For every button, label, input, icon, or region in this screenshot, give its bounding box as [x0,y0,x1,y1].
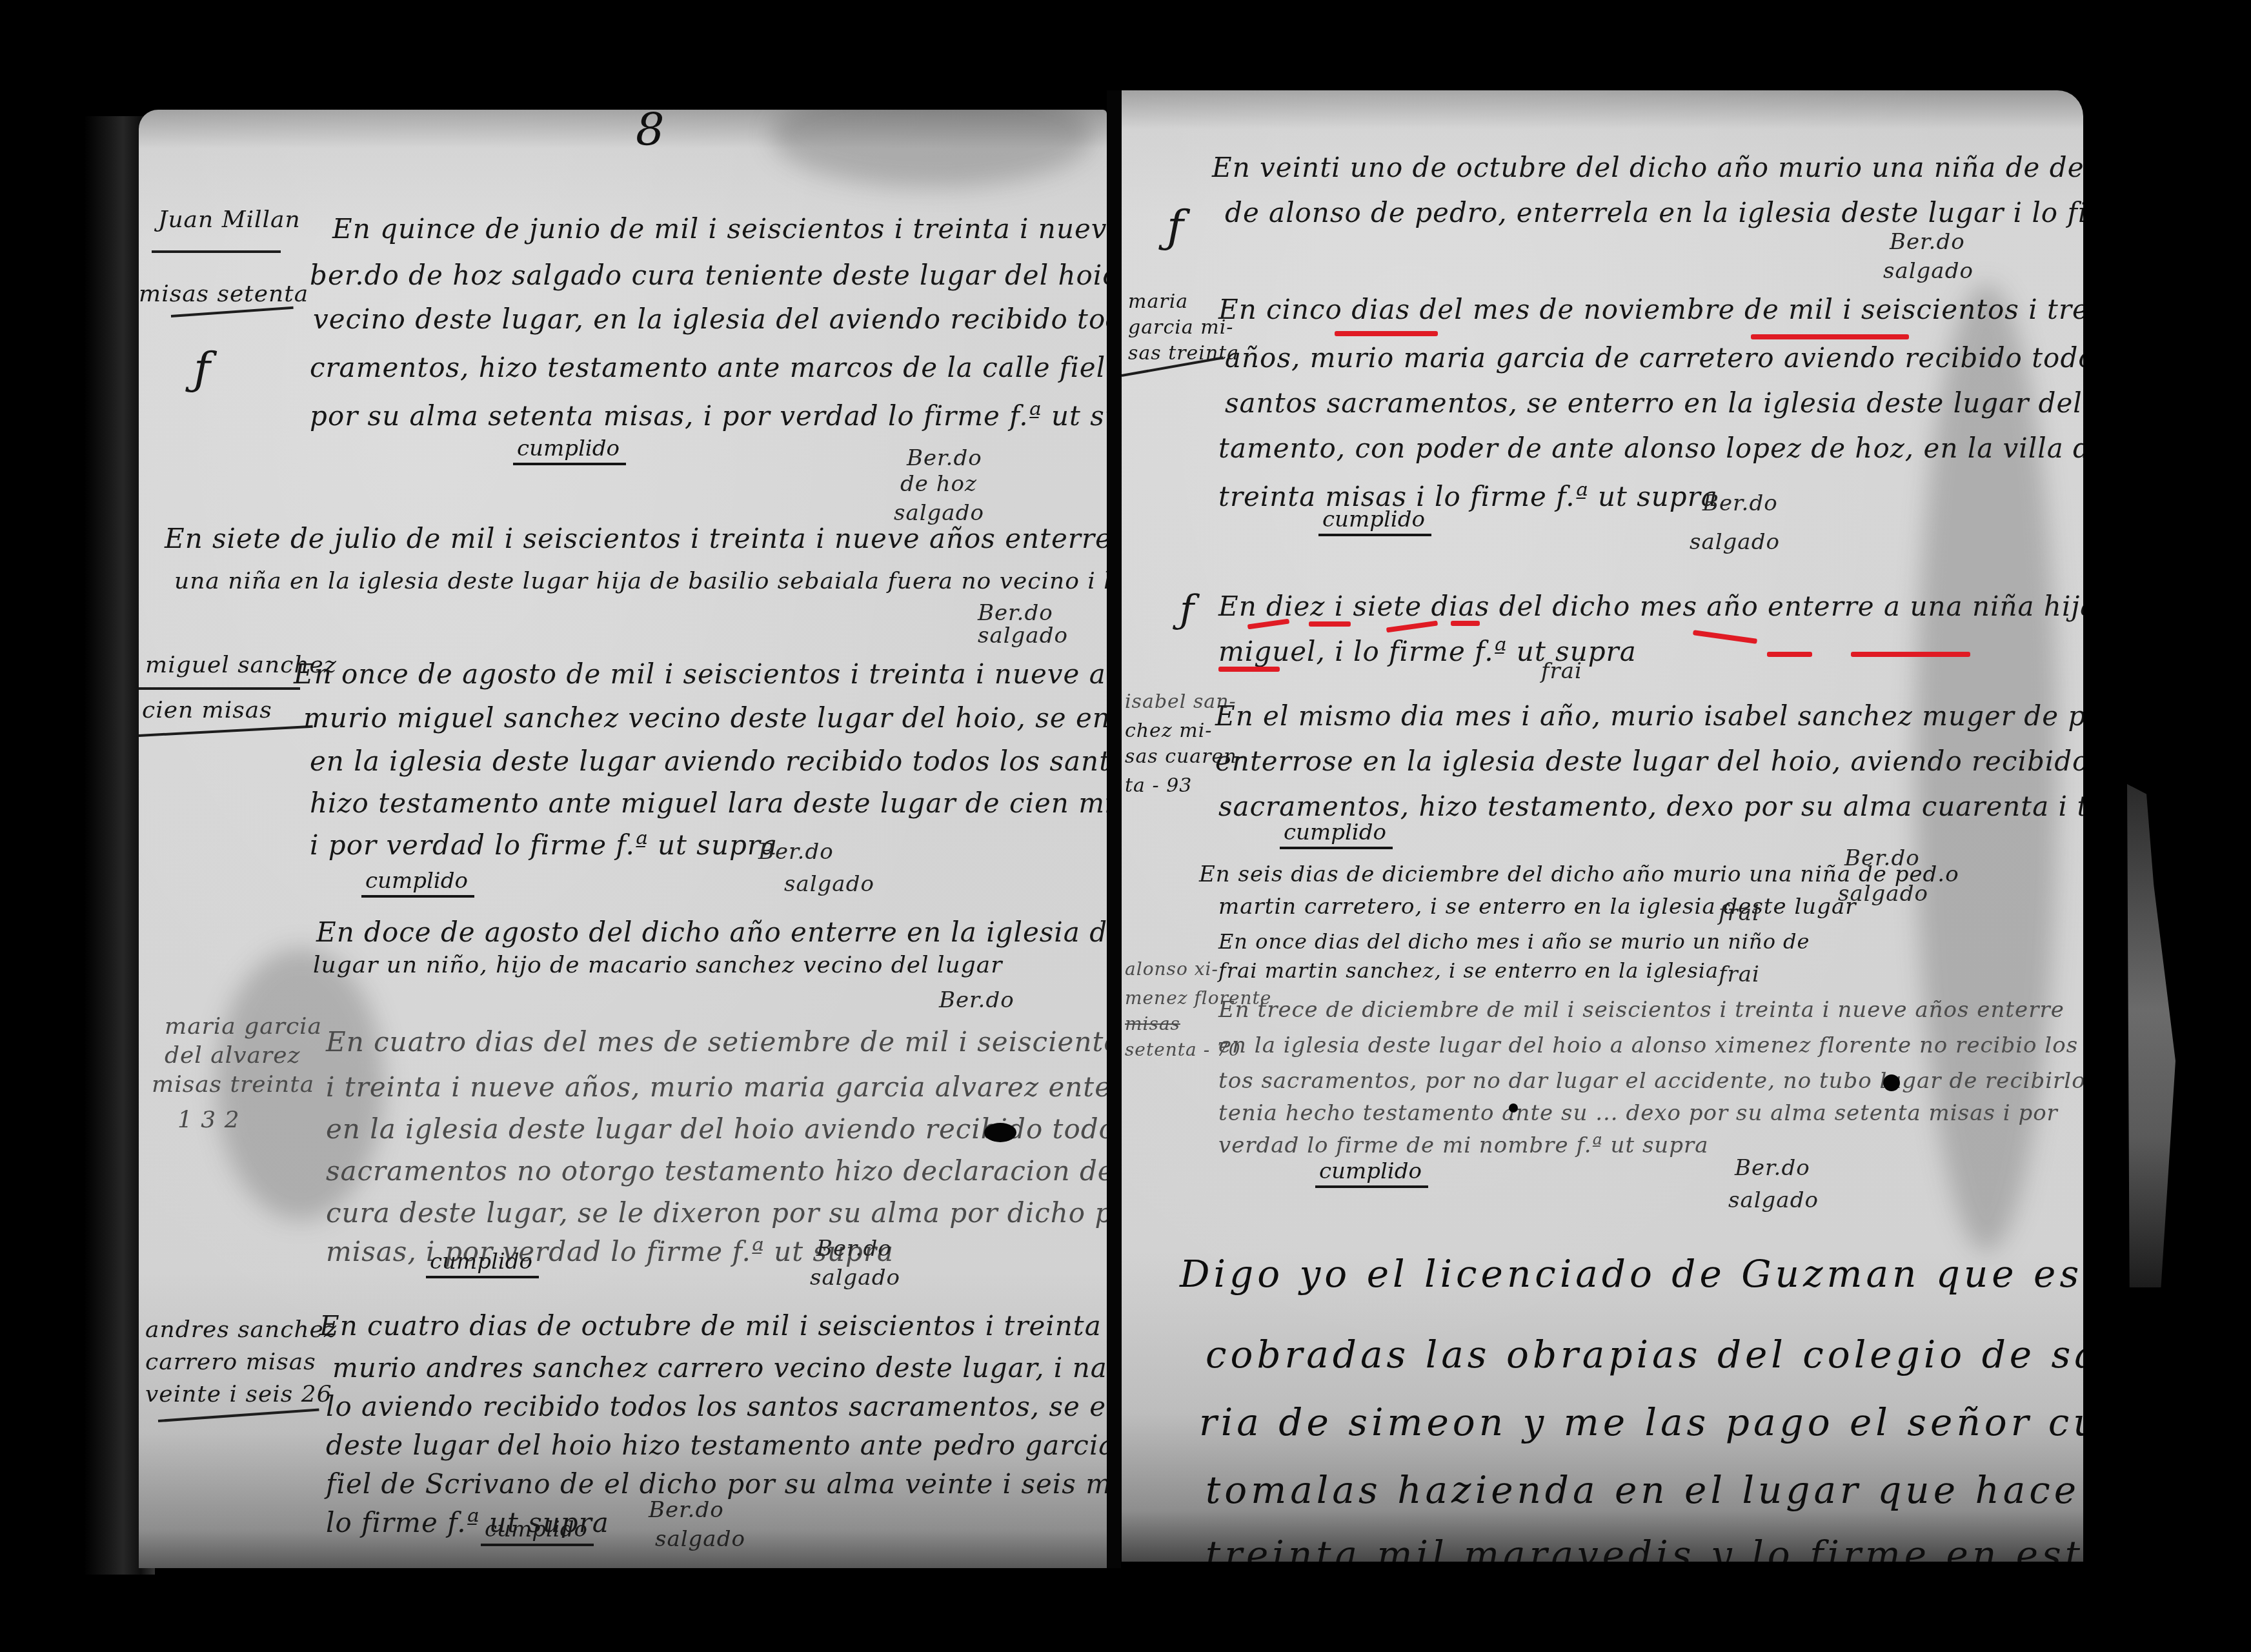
margin-rule [158,1409,319,1422]
entry-line: en la iglesia deste lugar aviendo recibi… [310,745,1107,777]
entry-line: cramentos, hizo testamento ante marcos d… [310,352,1107,383]
cumplido-mark: cumplido [1280,820,1393,849]
entry-cross-mark: ƒ [1180,587,1195,632]
closing-note-line: cobradas las obrapias del colegio de san… [1206,1333,2083,1376]
signature-line: frai [1719,900,1760,926]
signature-line: salgado [894,500,984,526]
cumplido-mark: cumplido [481,1516,594,1546]
entry-line: fiel de Scrivano de el dicho por su alma… [326,1468,1107,1500]
entry-line: sacramentos, hizo testamento, dexo por s… [1218,791,2083,822]
red-underline [1386,620,1438,632]
margin-note: maria garcia [165,1013,322,1040]
signature-line: Ber.do [1702,490,1778,516]
entry-line: En siete de julio de mil i seiscientos i… [165,523,1107,554]
entry-line: de alonso de pedro, enterrela en la igle… [1225,197,2083,228]
signature-line: Ber.do [978,600,1053,626]
entry-line: murio miguel sanchez vecino deste lugar … [303,702,1107,734]
entry-line: hizo testamento ante miguel lara deste l… [310,787,1107,819]
entry-line: En el mismo dia mes i año, murio isabel … [1215,700,2083,732]
edge-stain [771,110,1094,187]
ink-blot [1883,1074,1900,1091]
signature-line: Ber.do [1890,229,1965,255]
signature-line: salgado [1883,258,1973,284]
cumplido-mark: cumplido [513,436,626,465]
entry-line: En quince de junio de mil i seiscientos … [332,213,1107,245]
entry-line: santos sacramentos, se enterro en la igl… [1225,387,2083,419]
entry-line: frai martin sanchez, i se enterro en la … [1218,958,1719,983]
margin-note: 1 3 2 [177,1107,240,1133]
margin-note: misas setenta [139,281,308,307]
closing-note-line: tomalas hazienda en el lugar que hace la… [1206,1468,2083,1512]
red-underline [1693,630,1757,644]
margin-note: garcia mi- [1128,316,1233,339]
red-underline [1218,667,1280,672]
signature-line: Ber.do [649,1497,724,1523]
entry-line: En cuatro dias del mes de setiembre de m… [326,1026,1107,1058]
margin-note: ta - 93 [1125,774,1192,797]
signature-line: de hoz [900,471,977,497]
entry-line: lo aviendo recibido todos los santos sac… [326,1391,1107,1422]
margin-note: alonso xi- [1125,958,1218,980]
entry-line: En cinco dias del mes de noviembre de mi… [1218,294,2083,325]
cumplido-mark: cumplido [361,868,474,898]
entry-line: i por verdad lo firme f.ª ut supra [310,829,778,861]
red-underline [1309,621,1351,627]
signature-line: Ber.do [758,839,834,865]
entry-line: tos sacramentos, por no dar lugar el acc… [1218,1068,2083,1094]
entry-line: años, murio maria garcia de carretero av… [1225,342,2083,374]
margin-note: cien misas [142,697,272,723]
signature-line: Ber.do [907,445,982,471]
entry-line: En once de agosto de mil i seiscientos i… [294,658,1107,690]
entry-line: enterrose en la iglesia deste lugar del … [1215,745,2083,777]
cumplido-mark: cumplido [426,1249,539,1278]
margin-note: andres sanchez [145,1316,337,1343]
margin-note: misas treinta [152,1071,314,1098]
entry-line: i treinta i nueve años, murio maria garc… [326,1071,1107,1103]
margin-rule [139,725,313,737]
signature-line: frai [1541,658,1582,684]
right-page: En veinti uno de octubre del dicho año m… [1122,90,2083,1562]
signature-line: salgado [784,871,874,897]
folio-mark: 8 [636,110,665,156]
ink-blot [1509,1103,1518,1113]
margin-note: chez mi- [1125,720,1212,742]
entry-line: En once dias del dicho mes i año se muri… [1218,929,1810,954]
entry-line: En doce de agosto del dicho año enterre … [316,916,1107,948]
margin-note: maria [1128,290,1188,313]
signature-line: frai [1719,962,1760,987]
signature-line: Ber.do [816,1236,892,1262]
margin-rule [171,307,294,317]
margin-note: sas treinta [1128,342,1239,365]
margin-rule [152,250,281,253]
red-underline-treinta-i-nueve [1751,334,1909,339]
entry-line: por su alma setenta misas, i por verdad … [310,400,1107,432]
margin-note: del alvarez [165,1042,301,1069]
margin-rule [139,687,300,690]
signature-line: Ber.do [939,987,1014,1013]
entry-line: sacramentos no otorgo testamento hizo de… [326,1155,1107,1187]
cumplido-mark: cumplido [1318,507,1431,536]
ink-blot [984,1123,1016,1142]
margin-note: misas [1125,1013,1180,1034]
closing-note-line: treinta mil maravedis y lo firme en este… [1206,1533,2083,1562]
red-underline-noviembre [1335,331,1438,336]
signature-line: salgado [655,1526,745,1552]
signature-line: salgado [1690,529,1780,555]
entry-line: una niña en la iglesia deste lugar hija … [174,568,1107,594]
entry-line: En diez i siete dias del dicho mes año e… [1218,590,2083,622]
left-page: 8 Juan Millan misas setenta ƒ En quince … [139,110,1107,1568]
entry-line: martin carretero, i se enterro en la igl… [1218,894,1857,920]
entry-line: deste lugar del hoio hizo testamento ant… [326,1429,1107,1461]
cumplido-mark: cumplido [1315,1158,1428,1188]
margin-note: carrero misas [145,1349,316,1375]
next-leaf-edge [2127,784,2175,1287]
signature-line: salgado [810,1265,900,1291]
entry-line: misas, i por verdad lo firme f.ª ut supr… [326,1236,894,1267]
closing-note-line: Digo yo el licenciado de Guzman que esta… [1180,1252,2083,1296]
entry-line: En cuatro dias de octubre de mil i seisc… [319,1310,1107,1342]
entry-cross-mark: ƒ [194,342,211,395]
red-underline [1851,652,1970,657]
entry-line: En seis dias de diciembre del dicho año … [1199,861,1959,887]
entry-line: lugar un niño, hijo de macario sanchez v… [313,952,1002,978]
entry-line: ber.do de hoz salgado cura teniente dest… [310,259,1107,291]
entry-line: En trece de diciembre de mil i seiscient… [1218,997,2064,1023]
margin-note: veinte i seis 26 [145,1381,332,1407]
closing-note-line: ria de simeon y me las pago el señor cur… [1199,1400,2083,1444]
page-gutter [1107,90,1121,1568]
signature-line: salgado [1728,1187,1819,1213]
entry-line: cura deste lugar, se le dixeron por su a… [326,1197,1107,1229]
entry-line: En veinti uno de octubre del dicho año m… [1212,152,2083,183]
entry-line: verdad lo firme de mi nombre f.ª ut supr… [1218,1133,1709,1158]
red-underline [1767,652,1812,657]
entry-line: tenia hecho testamento ante su ... dexo … [1218,1100,2058,1126]
entry-line: murio andres sanchez carrero vecino dest… [332,1352,1107,1384]
entry-line: treinta misas i lo firme f.ª ut supra [1218,481,1718,512]
margin-note: Juan Millan [158,206,301,233]
signature-line: salgado [978,623,1068,649]
signature-line: Ber.do [1735,1155,1810,1181]
entry-line: vecino deste lugar, en la iglesia del av… [313,303,1107,335]
entry-cross-mark: ƒ [1167,200,1184,253]
entry-line: en la iglesia deste lugar del hoio a alo… [1218,1032,2083,1058]
red-underline [1451,621,1480,626]
entry-line: tamento, con poder de ante alonso lopez … [1218,432,2083,464]
